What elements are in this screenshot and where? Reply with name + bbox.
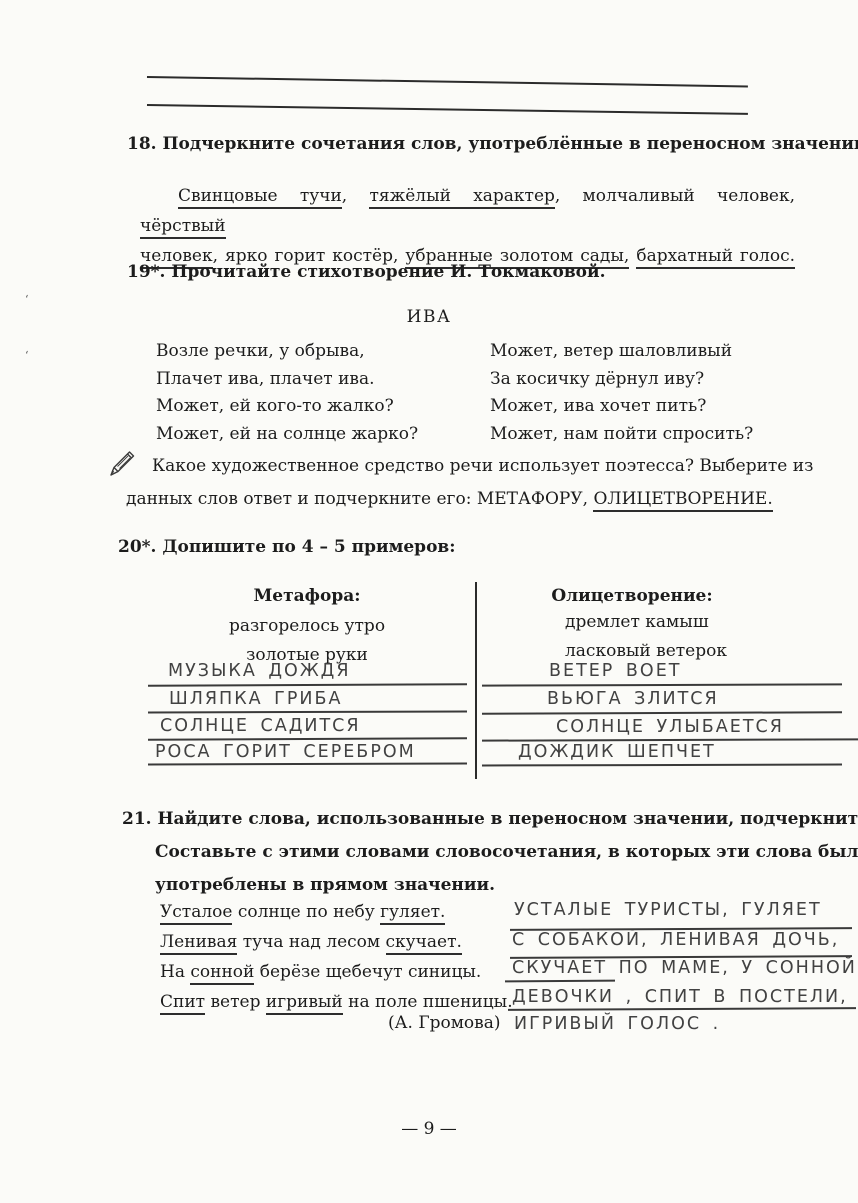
answer-line (508, 1007, 856, 1011)
metaphor-example: разгорелось утро (148, 612, 466, 642)
exercise-21-number: 21. (122, 809, 152, 829)
poem-question-line-2: данных слов ответ и подчеркните его: МЕТ… (126, 483, 796, 516)
poem-question: Какое художественное средство речи испол… (126, 450, 796, 515)
sentence: Усталое солнце по небу гуляет. (160, 897, 513, 927)
exercise-18-text: Свинцовые тучи, тяжёлый характер, молчал… (140, 181, 795, 271)
exercise-21-answer: УСТАЛЫЕ ТУРИСТЫ, ГУЛЯЕТ (514, 900, 822, 920)
metaphor-answer: ШЛЯПКА ГРИБА (169, 689, 342, 709)
poem-title: ИВА (0, 307, 858, 327)
poem-line: Может, ей на солнце жарко? (156, 421, 418, 449)
personification-example: ласковый ветерок (565, 641, 727, 661)
exercise-18-text-line-1: Свинцовые тучи, тяжёлый характер, молчал… (140, 181, 795, 241)
poem-line: Может, нам пойти спросить? (490, 421, 753, 449)
metaphor-answer: СОЛНЦЕ САДИТСЯ (160, 716, 361, 736)
poem-line: Плачет ива, плачет ива. (156, 366, 418, 394)
poem-line: Может, ветер шаловливый (490, 338, 753, 366)
personification-answer: СОЛНЦЕ УЛЫБАЕТСЯ (556, 717, 784, 737)
personification-column-header-block: Олицетворение: (482, 582, 782, 612)
blank-answer-line (147, 76, 748, 87)
personification-example: дремлет камыш (565, 612, 709, 632)
scan-mark: ‘ (25, 349, 29, 362)
exercise-21-heading: 21. Найдите слова, использованные в пере… (122, 803, 828, 902)
exercise-18-number: 18. (127, 134, 157, 154)
exercise-19-heading: 19*. Прочитайте стихотворение И. Токмако… (127, 262, 606, 282)
personification-answer: ВЬЮГА ЗЛИТСЯ (547, 689, 719, 709)
exercise-21-title-line-2: Составьте с этими словами словосочетания… (122, 836, 828, 869)
scan-mark: ‘ (25, 293, 29, 306)
page-number: — 9 — (0, 1119, 858, 1139)
exercise-21-answer: ИГРИВЫЙ ГОЛОС . (514, 1014, 720, 1034)
exercise-18-title: Подчеркните сочетания слов, употреблённы… (163, 134, 858, 154)
sentence: Ленивая туча над лесом скучает. (160, 927, 513, 957)
blank-answer-line (147, 104, 748, 115)
answer-line (505, 980, 615, 983)
metaphor-answer: РОСА ГОРИТ СЕРЕБРОМ (155, 742, 416, 762)
poem-attribution: (А. Громова) (388, 1013, 500, 1033)
exercise-18-heading: 18. Подчеркните сочетания слов, употребл… (127, 134, 791, 154)
poem-line: За косичку дёрнул иву? (490, 366, 753, 394)
poem-line: Может, ей кого-то жалко? (156, 393, 418, 421)
exercise-20-number: 20*. (118, 537, 156, 557)
poem-line: Возле речки, у обрыва, (156, 338, 418, 366)
answer-line (148, 710, 467, 713)
poem-question-line-1: Какое художественное средство речи испол… (126, 450, 796, 483)
metaphor-column-header-block: Метафора: разгорелось утро золотые руки (148, 582, 466, 671)
poem-left-column: Возле речки, у обрыва, Плачет ива, плаче… (156, 338, 418, 448)
poem-right-column: Может, ветер шаловливый За косичку дёрну… (490, 338, 753, 448)
workbook-page: ‘ ‘ 18. Подчеркните сочетания слов, упот… (0, 0, 858, 1203)
personification-answer: ДОЖДИК ШЕПЧЕТ (518, 742, 716, 762)
answer-line (482, 764, 842, 767)
answer-line (148, 762, 467, 765)
answer-line (482, 683, 842, 686)
metaphor-answer: МУЗЫКА ДОЖДЯ (168, 661, 351, 681)
poem-line: Может, ива хочет пить? (490, 393, 753, 421)
exercise-21-answer: СКУЧАЕТ ПО МАМЕ, У СОННОЙ (512, 958, 857, 978)
answer-line (148, 737, 467, 740)
exercise-19-number: 19*. (127, 262, 165, 282)
exercise-21-answer: ДЕВОЧКИ , СПИТ В ПОСТЕЛИ, (512, 987, 848, 1007)
answer-line (482, 711, 842, 715)
metaphor-header: Метафора: (148, 582, 466, 612)
exercise-20-title: Допишите по 4 – 5 примеров: (162, 537, 455, 557)
personification-header: Олицетворение: (482, 582, 782, 612)
sentence: На сонной берёзе щебечут синицы. (160, 957, 513, 987)
exercise-21-title-line-1: Найдите слова, использованные в переносн… (158, 809, 858, 829)
exercise-19-title: Прочитайте стихотворение И. Токмаковой. (171, 262, 605, 282)
exercise-20-heading: 20*. Допишите по 4 – 5 примеров: (118, 537, 456, 557)
table-divider (475, 582, 477, 779)
personification-answer: ВЕТЕР ВОЕТ (549, 661, 681, 681)
answer-line (148, 683, 467, 686)
exercise-21-heading-line-1: 21. Найдите слова, использованные в пере… (122, 803, 828, 836)
exercise-21-answer: С СОБАКОЙ, ЛЕНИВАЯ ДОЧЬ, (512, 930, 839, 950)
exercise-21-sentences: Усталое солнце по небу гуляет. Ленивая т… (160, 897, 513, 1017)
